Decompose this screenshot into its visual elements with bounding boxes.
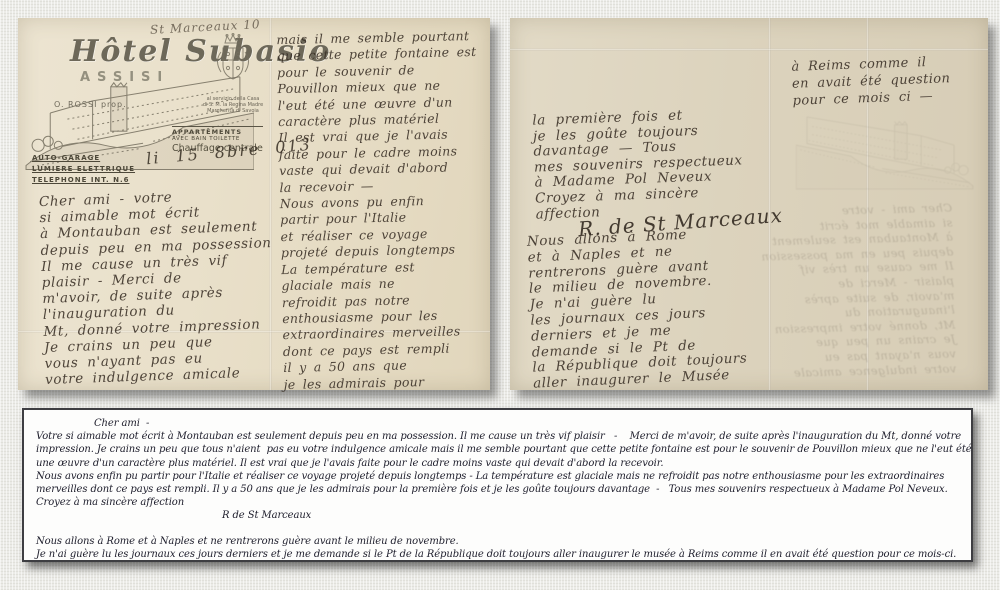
proprietor-label: O. ROSSI prop. xyxy=(54,100,127,109)
handwriting-column: mais il me semble pourtantque cette peti… xyxy=(276,28,483,393)
crest-caption-line: Margherita di Savoia xyxy=(194,108,272,114)
transcription-line: une œuvre d'un caractère plus matériel. … xyxy=(36,457,965,470)
transcription-signature-line: R de St Marceaux xyxy=(222,509,965,522)
service-line: TELEPHONE INT. N.6 xyxy=(32,176,135,184)
handwriting-column: Nous allons à Romeet à Naples et nerentr… xyxy=(527,225,749,392)
transcription-line: Croyez à ma sincère affection xyxy=(36,496,965,509)
transcription-line: Votre si aimable mot écrit à Montauban e… xyxy=(36,430,965,443)
royal-crest-icon xyxy=(212,32,254,94)
transcription-line: impression. Je crains un peu que tous n'… xyxy=(36,443,965,456)
amenity-line: APPARTEMENTS xyxy=(172,128,263,136)
transcription-line: Cher ami - xyxy=(94,417,965,430)
hotel-city: ASSISI xyxy=(80,70,169,85)
handwriting-column: la première fois etje les goûte toujours… xyxy=(532,106,744,222)
service-line: LUMIERE ELETTRIQUE xyxy=(32,165,135,173)
handwriting-column: à Reims comme ilen avait été questionpou… xyxy=(791,53,951,109)
transcription-panel: Cher ami - Votre si aimable mot écrit à … xyxy=(22,408,973,562)
crest-caption: al servizio della Casa di S. M. la Regin… xyxy=(194,96,272,114)
letter-scan-right: Cher ami - votresi aimable mot écrità Mo… xyxy=(510,18,988,390)
hand-line: je les admirais pour xyxy=(283,372,483,393)
transcription-line: Nous avons enfin pu partir pour l'Italie… xyxy=(36,470,965,483)
transcription-line: Nous allons à Rome et à Naples et ne ren… xyxy=(36,535,965,548)
transcription-line: Je n'ai guère lu les journaux ces jours … xyxy=(36,548,965,561)
services-block: AUTO-GARAGE LUMIERE ELETTRIQUE TELEPHONE… xyxy=(32,154,135,187)
page-background: St Marceaux 10 Hôtel Subasio ASSISI O. R… xyxy=(0,0,1000,590)
show-through-writing: Cher ami - votresi aimable mot écrità Mo… xyxy=(760,201,957,381)
letter-scan-left: St Marceaux 10 Hôtel Subasio ASSISI O. R… xyxy=(18,18,490,390)
handwriting-column: Cher ami - votresi aimable mot écrità Mo… xyxy=(39,186,277,388)
fold-crease xyxy=(510,48,988,51)
transcription-line: merveilles dont ce pays est rempli. Il y… xyxy=(36,483,965,496)
service-line: AUTO-GARAGE xyxy=(32,154,135,162)
